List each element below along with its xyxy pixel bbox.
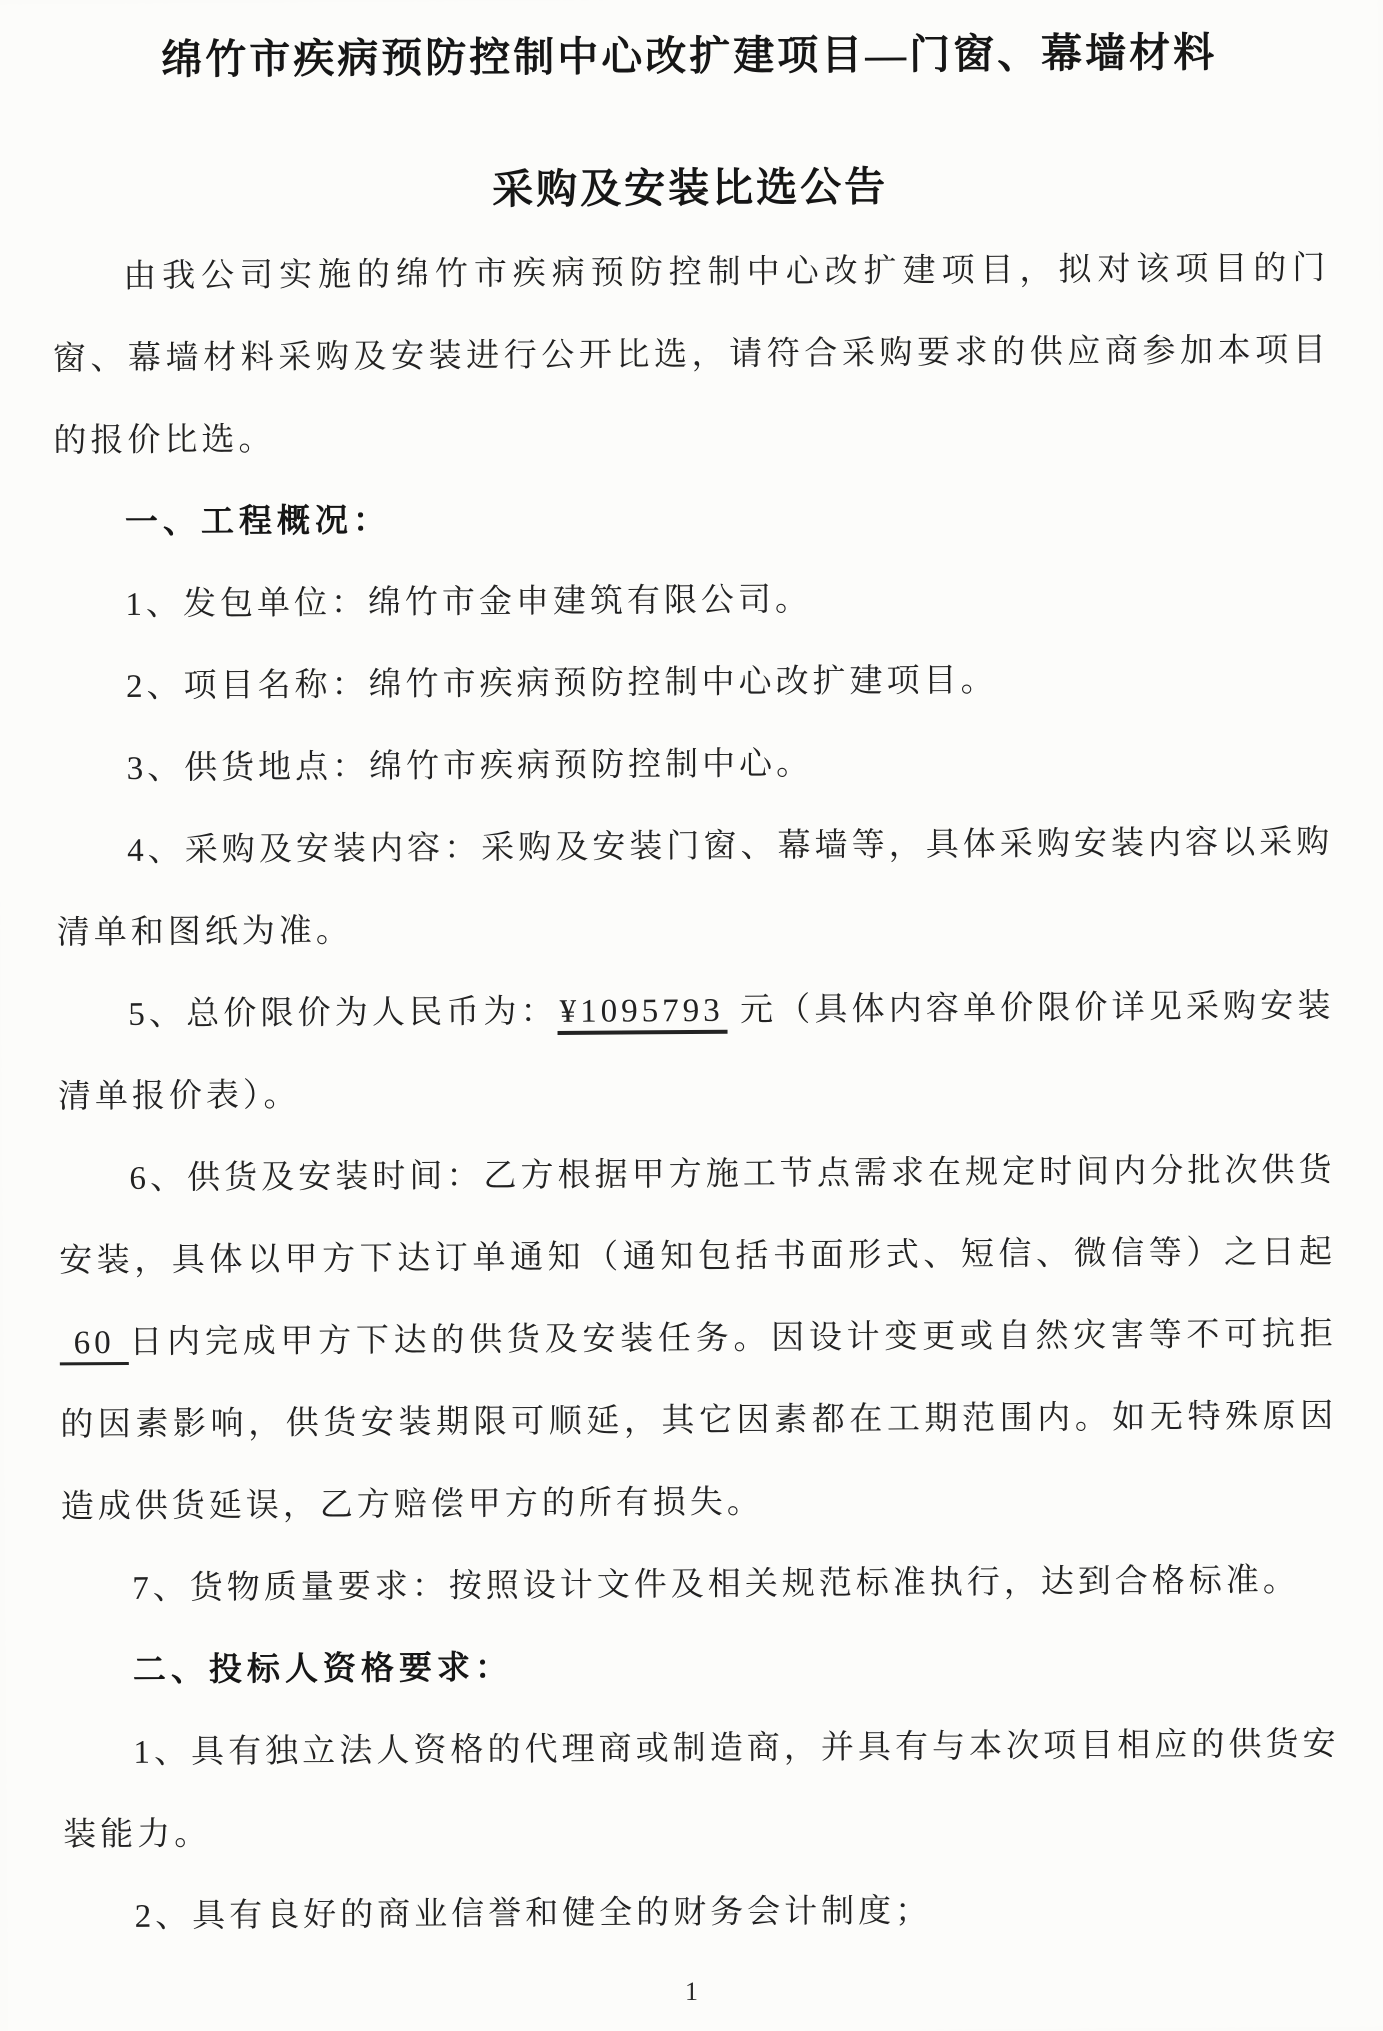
delivery-days-value: 60 (60, 1325, 129, 1365)
bidder-qualification-text-1: 1、具有独立法人资格的代理商或制造商，并具有与本次项目相应的供货安装能力。 (63, 1726, 1340, 1853)
document-body: 由我公司实施的绵竹市疾病预防控制中心改扩建项目，拟对该项目的门窗、幕墙材料采购及… (52, 228, 1341, 1959)
delivery-time-suffix: 日内完成甲方下达的供货及安装任务。因设计变更或自然灾害等不可抗拒的因素影响，供货… (60, 1317, 1337, 1526)
bidder-qualification-text-2: 2、具有良好的商业信誉和健全的财务会计制度； (135, 1893, 933, 1935)
project-name-text: 2、项目名称：绵竹市疾病预防控制中心改扩建项目。 (126, 663, 998, 705)
project-owner-text: 1、发包单位：绵竹市金申建筑有限公司。 (125, 582, 812, 623)
document-title: 绵竹市疾病预防控制中心改扩建项目—门窗、幕墙材料 采购及安装比选公告 (51, 22, 1329, 223)
bidder-qualification-item-2: 2、具有良好的商业信誉和健全的财务会计制度； (63, 1867, 1341, 1958)
page-number: 1 (0, 1977, 1383, 2007)
quality-requirement-text: 7、货物质量要求：按照设计文件及相关规范标准执行，达到合格标准。 (132, 1563, 1300, 1607)
document-title-line-2: 采购及安装比选公告 (51, 154, 1328, 223)
project-name-item: 2、项目名称：绵竹市疾病预防控制中心改扩建项目。 (55, 638, 1333, 729)
section-1-heading: 一、工程概况： (54, 474, 1332, 565)
intro-paragraph: 由我公司实施的绵竹市疾病预防控制中心改扩建项目，拟对该项目的门窗、幕墙材料采购及… (52, 228, 1331, 483)
section-2-heading: 二、投标人资格要求： (62, 1622, 1340, 1713)
procurement-content-item: 4、采购及安装内容：采购及安装门窗、幕墙等，具体采购安装内容以采购清单和图纸为准… (56, 802, 1334, 975)
project-owner-item: 1、发包单位：绵竹市金申建筑有限公司。 (54, 556, 1332, 647)
delivery-location-text: 3、供货地点：绵竹市疾病预防控制中心。 (126, 746, 813, 787)
delivery-time-prefix: 6、供货及安装时间：乙方根据甲方施工节点需求在规定时间内分批次供货安装，具体以甲… (59, 1153, 1336, 1280)
price-limit-prefix: 5、总价限价为人民币为： (128, 994, 558, 1033)
delivery-time-item: 6、供货及安装时间：乙方根据甲方施工节点需求在规定时间内分批次供货安装，具体以甲… (58, 1130, 1338, 1549)
document-page: 绵竹市疾病预防控制中心改扩建项目—门窗、幕墙材料 采购及安装比选公告 由我公司实… (0, 0, 1383, 2031)
document-title-line-1: 绵竹市疾病预防控制中心改扩建项目—门窗、幕墙材料 (51, 22, 1328, 91)
price-limit-value: ¥1095793 (558, 993, 728, 1035)
procurement-content-text: 4、采购及安装内容：采购及安装门窗、幕墙等，具体采购安装内容以采购清单和图纸为准… (57, 825, 1334, 952)
bidder-qualification-item-1: 1、具有独立法人资格的代理商或制造商，并具有与本次项目相应的供货安装能力。 (62, 1703, 1340, 1876)
delivery-location-item: 3、供货地点：绵竹市疾病预防控制中心。 (55, 720, 1333, 811)
intro-text: 由我公司实施的绵竹市疾病预防控制中心改扩建项目，拟对该项目的门窗、幕墙材料采购及… (53, 251, 1330, 460)
page-number-text: 1 (685, 1977, 698, 2006)
price-limit-item: 5、总价限价为人民币为：¥1095793 元（具体内容单价限价详见采购安装清单报… (57, 966, 1335, 1139)
quality-requirement-item: 7、货物质量要求：按照设计文件及相关规范标准执行，达到合格标准。 (61, 1540, 1339, 1631)
